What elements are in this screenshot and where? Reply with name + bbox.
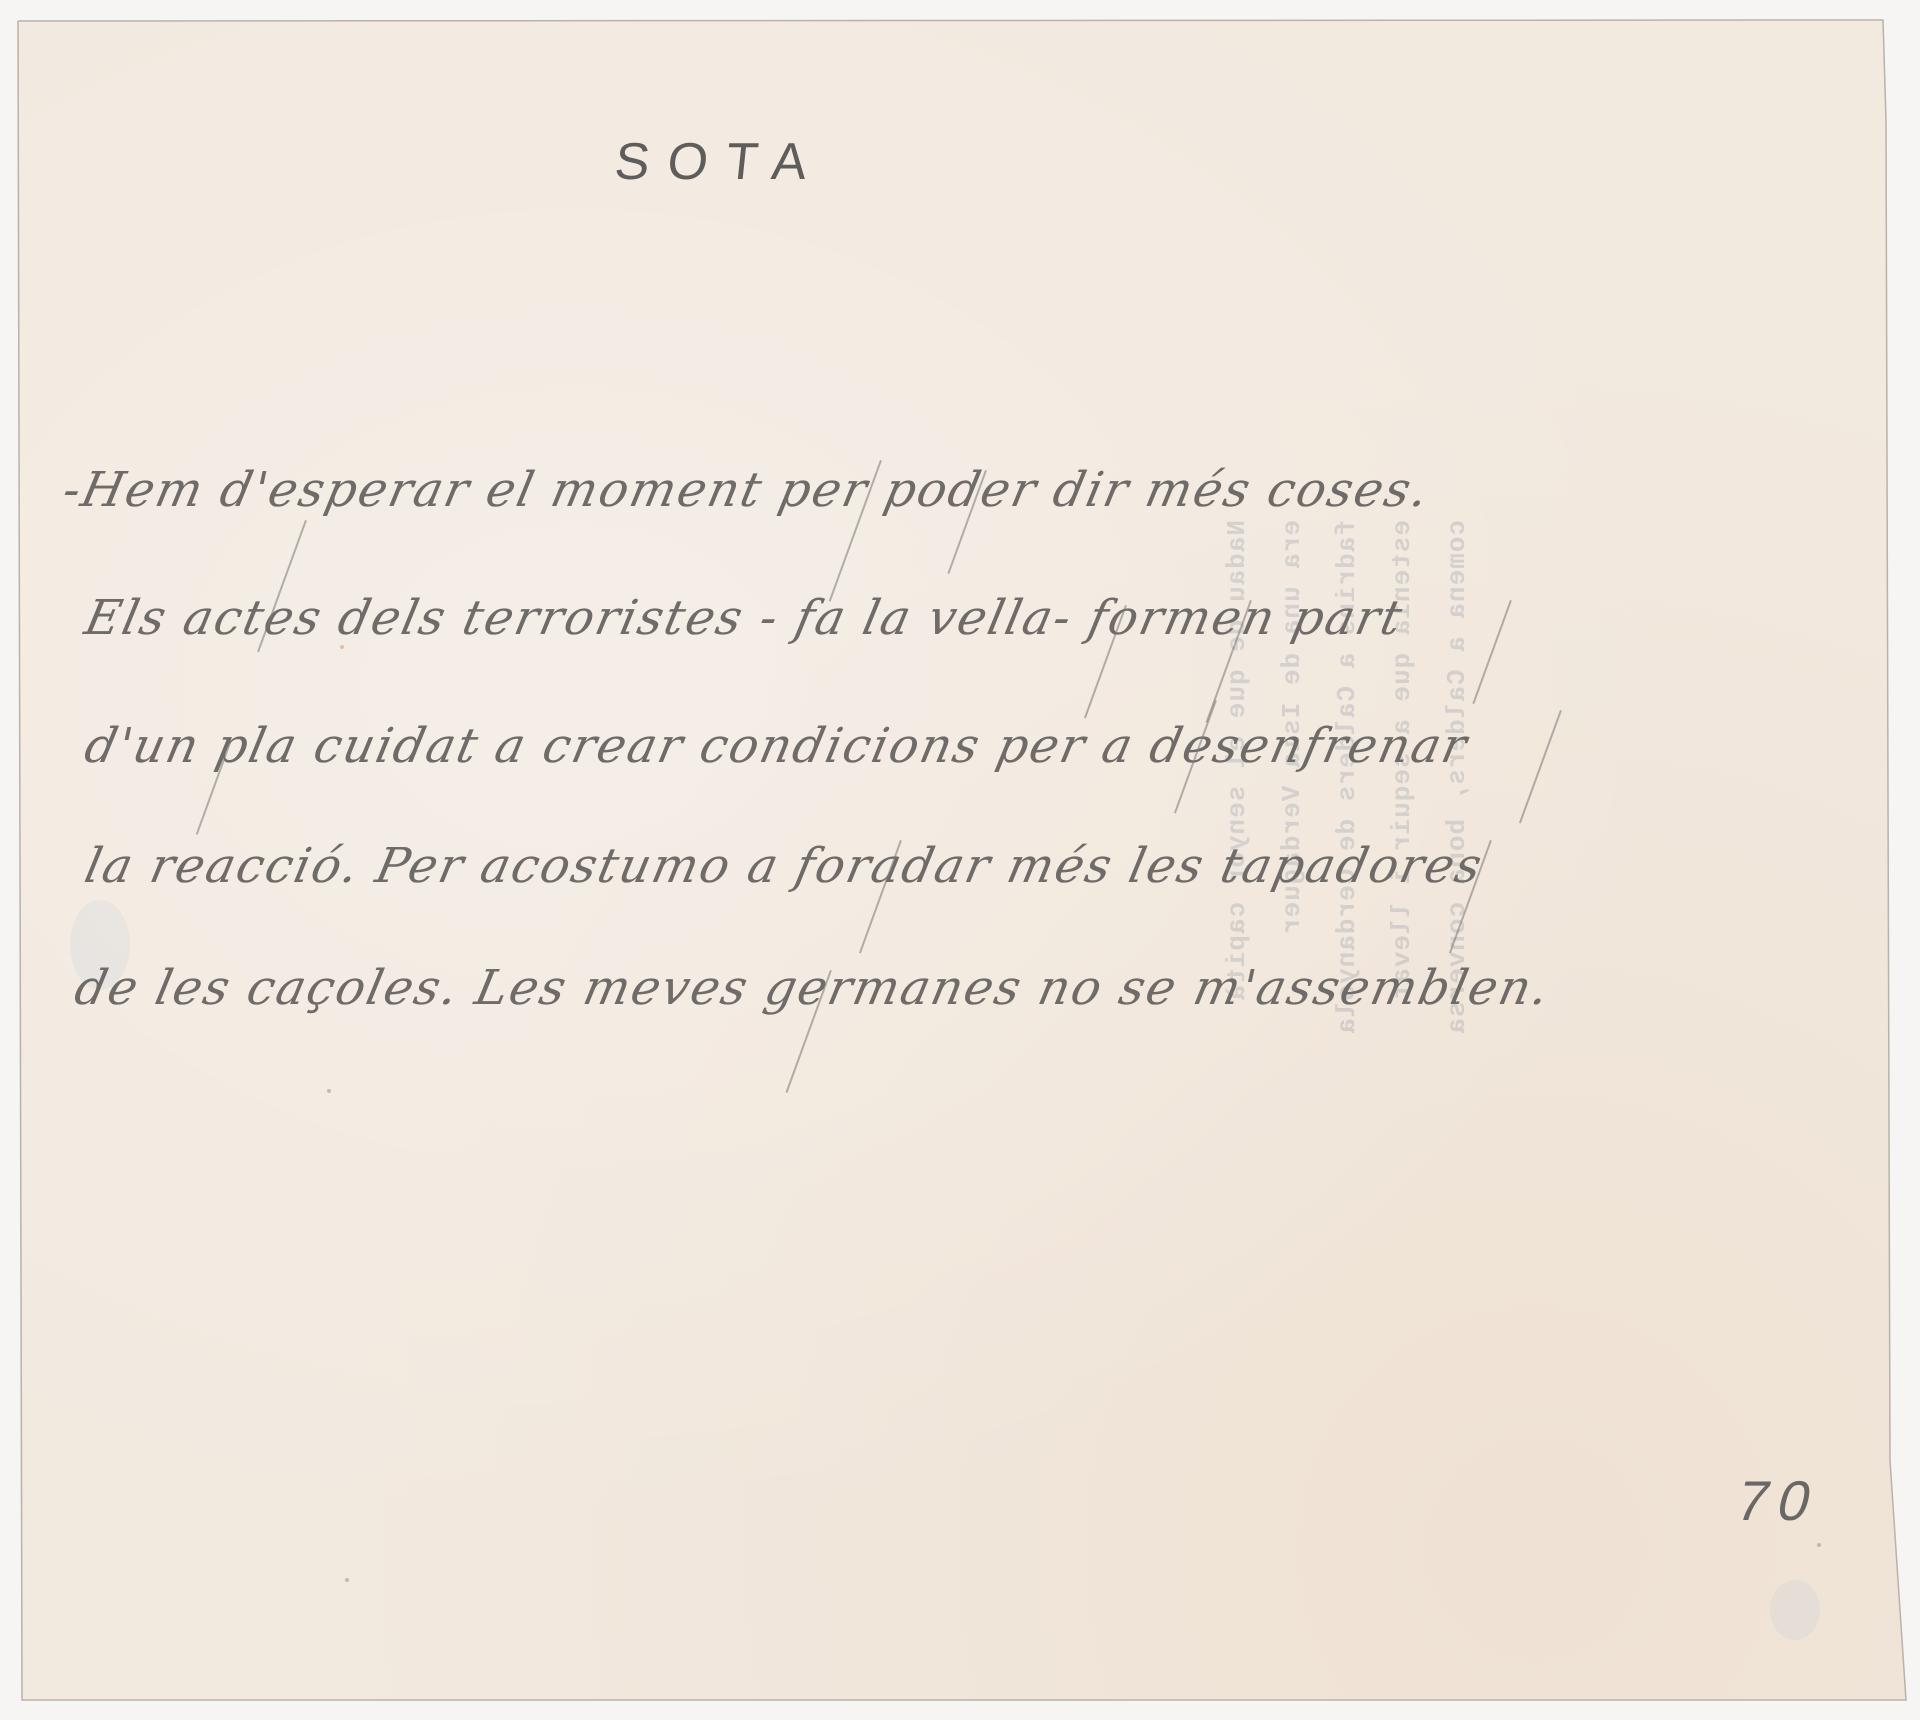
paper-speck [345,1578,349,1582]
paper-speck [340,645,344,649]
page-title: SOTA [612,132,828,192]
manuscript-line-3: d'un pla cuidat a crear condicions per a… [80,718,1473,774]
paper-speck [1817,1543,1821,1547]
pencil-smudge [1770,1580,1820,1640]
page-number: 70 [1730,1468,1829,1533]
manuscript-line-4: la reacció. Per acostumo a foradar més l… [80,838,1488,894]
manuscript-line-5: de les caçoles. Les meves germanes no se… [70,960,1556,1016]
manuscript-line-1: -Hem d'esperar el moment per poder dir m… [58,462,1435,518]
manuscript-line-2: Els actes dels terroristes - fa la vella… [80,590,1409,646]
paper-speck [327,1089,331,1093]
